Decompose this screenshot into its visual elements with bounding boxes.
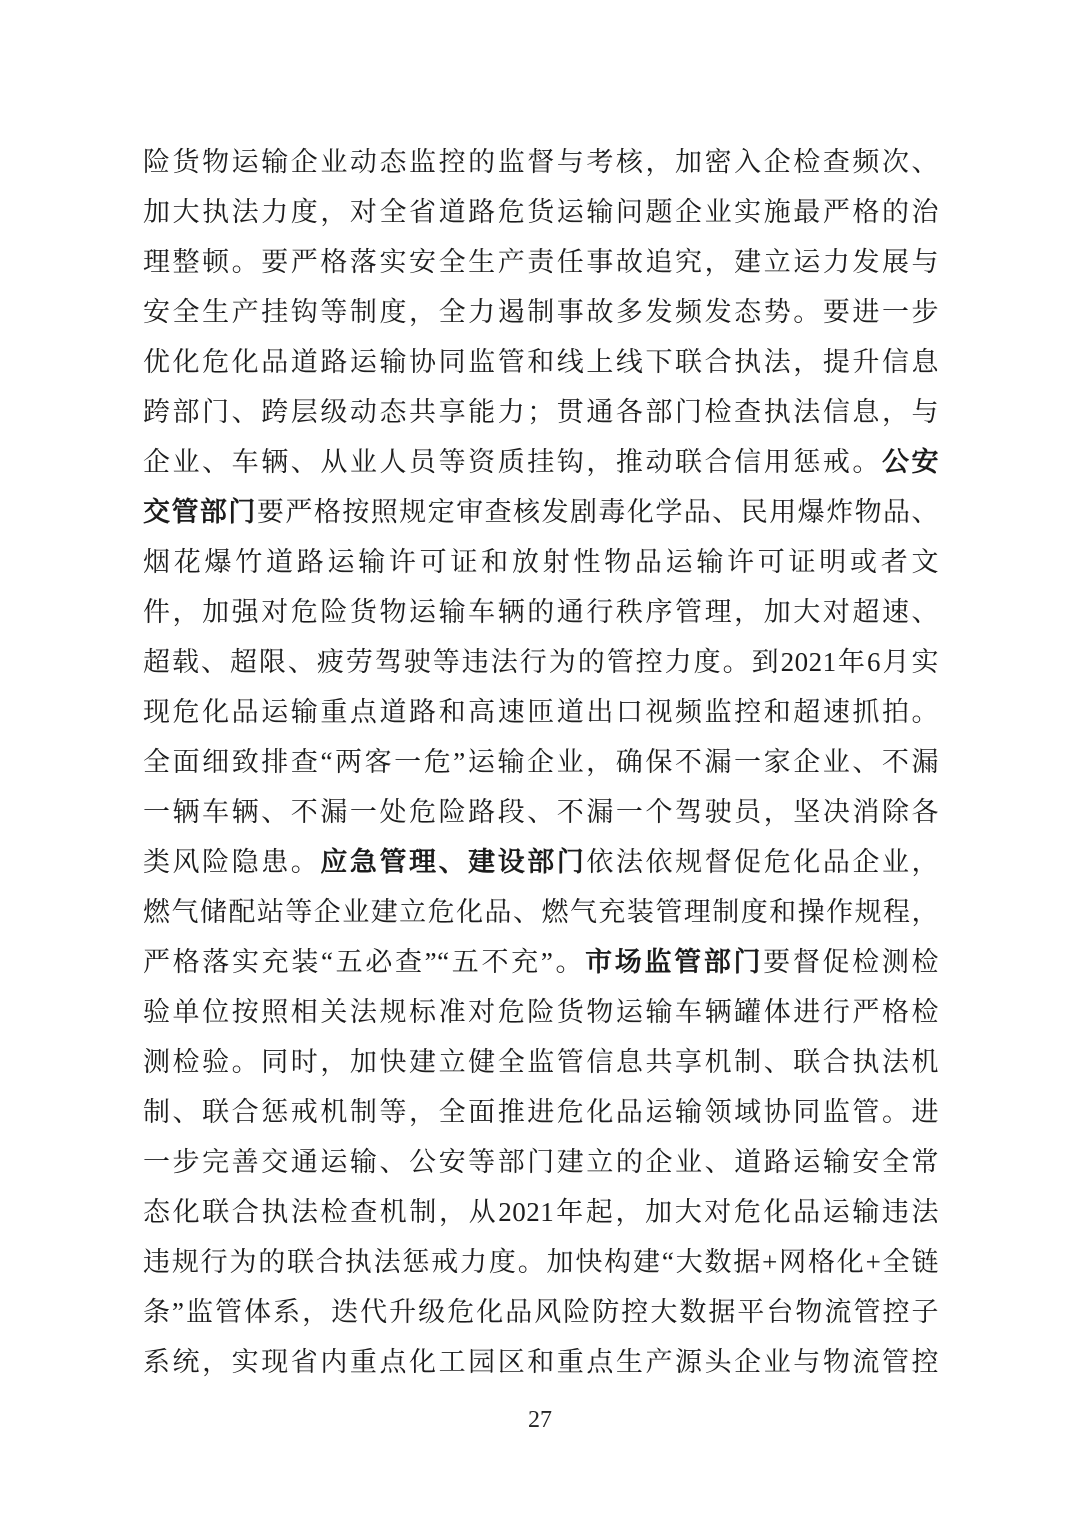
text-segment: 企业、车辆、从业人员等资质挂钩，推动联合信用惩戒。 xyxy=(143,447,882,477)
text-line: 系统，实现省内重点化工园区和重点生产源头企业与物流管控 xyxy=(143,1337,939,1387)
text-line: 超载、超限、疲劳驾驶等违法行为的管控力度。到2021年6月实 xyxy=(143,637,939,687)
text-segment: 优化危化品道路运输协同监管和线上线下联合执法，提升信息 xyxy=(143,347,939,377)
text-segment: 理整顿。要严格落实安全生产责任事故追究，建立运力发展与 xyxy=(143,247,939,277)
text-line: 理整顿。要严格落实安全生产责任事故追究，建立运力发展与 xyxy=(143,237,939,287)
text-segment: 违规行为的联合执法惩戒力度。加快构建“大数据+网格化+全链 xyxy=(143,1247,939,1277)
text-line: 违规行为的联合执法惩戒力度。加快构建“大数据+网格化+全链 xyxy=(143,1237,939,1287)
text-segment: 态化联合执法检查机制，从2021年起，加大对危化品运输违法 xyxy=(143,1197,939,1227)
text-segment: 安全生产挂钩等制度，全力遏制事故多发频发态势。要进一步 xyxy=(143,297,939,327)
text-segment: 严格落实充装“五必查”“五不充”。 xyxy=(143,947,585,977)
text-line: 制、联合惩戒机制等，全面推进危化品运输领域协同监管。进 xyxy=(143,1087,939,1137)
text-segment: 超载、超限、疲劳驾驶等违法行为的管控力度。到2021年6月实 xyxy=(143,647,939,677)
text-segment: 制、联合惩戒机制等，全面推进危化品运输领域协同监管。进 xyxy=(143,1097,939,1127)
text-line: 烟花爆竹道路运输许可证和放射性物品运输许可证明或者文 xyxy=(143,537,939,587)
text-segment: 件，加强对危险货物运输车辆的通行秩序管理，加大对超速、 xyxy=(143,597,939,627)
text-line: 燃气储配站等企业建立危化品、燃气充装管理制度和操作规程， xyxy=(143,887,939,937)
text-line: 类风险隐患。应急管理、建设部门依法依规督促危化品企业， xyxy=(143,837,939,887)
text-segment: 跨部门、跨层级动态共享能力；贯通各部门检查执法信息，与 xyxy=(143,397,939,427)
text-segment: 全面细致排查“两客一危”运输企业，确保不漏一家企业、不漏 xyxy=(143,747,939,777)
text-segment: 要严格按照规定审查核发剧毒化学品、民用爆炸物品、 xyxy=(257,497,939,527)
page-number: 27 xyxy=(0,1403,1080,1437)
text-segment: 燃气储配站等企业建立危化品、燃气充装管理制度和操作规程， xyxy=(143,897,939,927)
text-line: 企业、车辆、从业人员等资质挂钩，推动联合信用惩戒。公安 xyxy=(143,437,939,487)
text-line: 加大执法力度，对全省道路危货运输问题企业实施最严格的治 xyxy=(143,187,939,237)
text-segment: 系统，实现省内重点化工园区和重点生产源头企业与物流管控 xyxy=(143,1347,939,1377)
text-segment: 类风险隐患。 xyxy=(143,847,320,877)
document-page: 险货物运输企业动态监控的监督与考核，加密入企检查频次、加大执法力度，对全省道路危… xyxy=(0,0,1080,1527)
bold-text-segment: 市场监管部门 xyxy=(585,947,763,977)
text-segment: 险货物运输企业动态监控的监督与考核，加密入企检查频次、 xyxy=(143,147,939,177)
text-line: 条”监管体系，迭代升级危化品风险防控大数据平台物流管控子 xyxy=(143,1287,939,1337)
text-segment: 要督促检测检 xyxy=(763,947,939,977)
text-line: 一步完善交通运输、公安等部门建立的企业、道路运输安全常 xyxy=(143,1137,939,1187)
text-segment: 加大执法力度，对全省道路危货运输问题企业实施最严格的治 xyxy=(143,197,939,227)
text-block: 险货物运输企业动态监控的监督与考核，加密入企检查频次、加大执法力度，对全省道路危… xyxy=(143,137,939,1387)
text-segment: 依法依规督促危化品企业， xyxy=(586,847,939,877)
text-segment: 烟花爆竹道路运输许可证和放射性物品运输许可证明或者文 xyxy=(143,547,939,577)
text-segment: 一步完善交通运输、公安等部门建立的企业、道路运输安全常 xyxy=(143,1147,939,1177)
text-line: 现危化品运输重点道路和高速匝道出口视频监控和超速抓拍。 xyxy=(143,687,939,737)
text-line: 验单位按照相关法规标准对危险货物运输车辆罐体进行严格检 xyxy=(143,987,939,1037)
text-segment: 验单位按照相关法规标准对危险货物运输车辆罐体进行严格检 xyxy=(143,997,939,1027)
text-line: 优化危化品道路运输协同监管和线上线下联合执法，提升信息 xyxy=(143,337,939,387)
text-line: 跨部门、跨层级动态共享能力；贯通各部门检查执法信息，与 xyxy=(143,387,939,437)
bold-text-segment: 交管部门 xyxy=(143,497,257,527)
text-line: 一辆车辆、不漏一处危险路段、不漏一个驾驶员，坚决消除各 xyxy=(143,787,939,837)
text-line: 交管部门要严格按照规定审查核发剧毒化学品、民用爆炸物品、 xyxy=(143,487,939,537)
text-line: 严格落实充装“五必查”“五不充”。市场监管部门要督促检测检 xyxy=(143,937,939,987)
text-segment: 现危化品运输重点道路和高速匝道出口视频监控和超速抓拍。 xyxy=(143,697,939,727)
text-line: 险货物运输企业动态监控的监督与考核，加密入企检查频次、 xyxy=(143,137,939,187)
bold-text-segment: 应急管理、建设部门 xyxy=(320,847,586,877)
text-line: 态化联合执法检查机制，从2021年起，加大对危化品运输违法 xyxy=(143,1187,939,1237)
text-line: 全面细致排查“两客一危”运输企业，确保不漏一家企业、不漏 xyxy=(143,737,939,787)
text-line: 测检验。同时，加快建立健全监管信息共享机制、联合执法机 xyxy=(143,1037,939,1087)
text-line: 件，加强对危险货物运输车辆的通行秩序管理，加大对超速、 xyxy=(143,587,939,637)
text-segment: 测检验。同时，加快建立健全监管信息共享机制、联合执法机 xyxy=(143,1047,939,1077)
text-segment: 条”监管体系，迭代升级危化品风险防控大数据平台物流管控子 xyxy=(143,1297,939,1327)
bold-text-segment: 公安 xyxy=(882,447,939,477)
text-segment: 一辆车辆、不漏一处危险路段、不漏一个驾驶员，坚决消除各 xyxy=(143,797,939,827)
text-line: 安全生产挂钩等制度，全力遏制事故多发频发态势。要进一步 xyxy=(143,287,939,337)
